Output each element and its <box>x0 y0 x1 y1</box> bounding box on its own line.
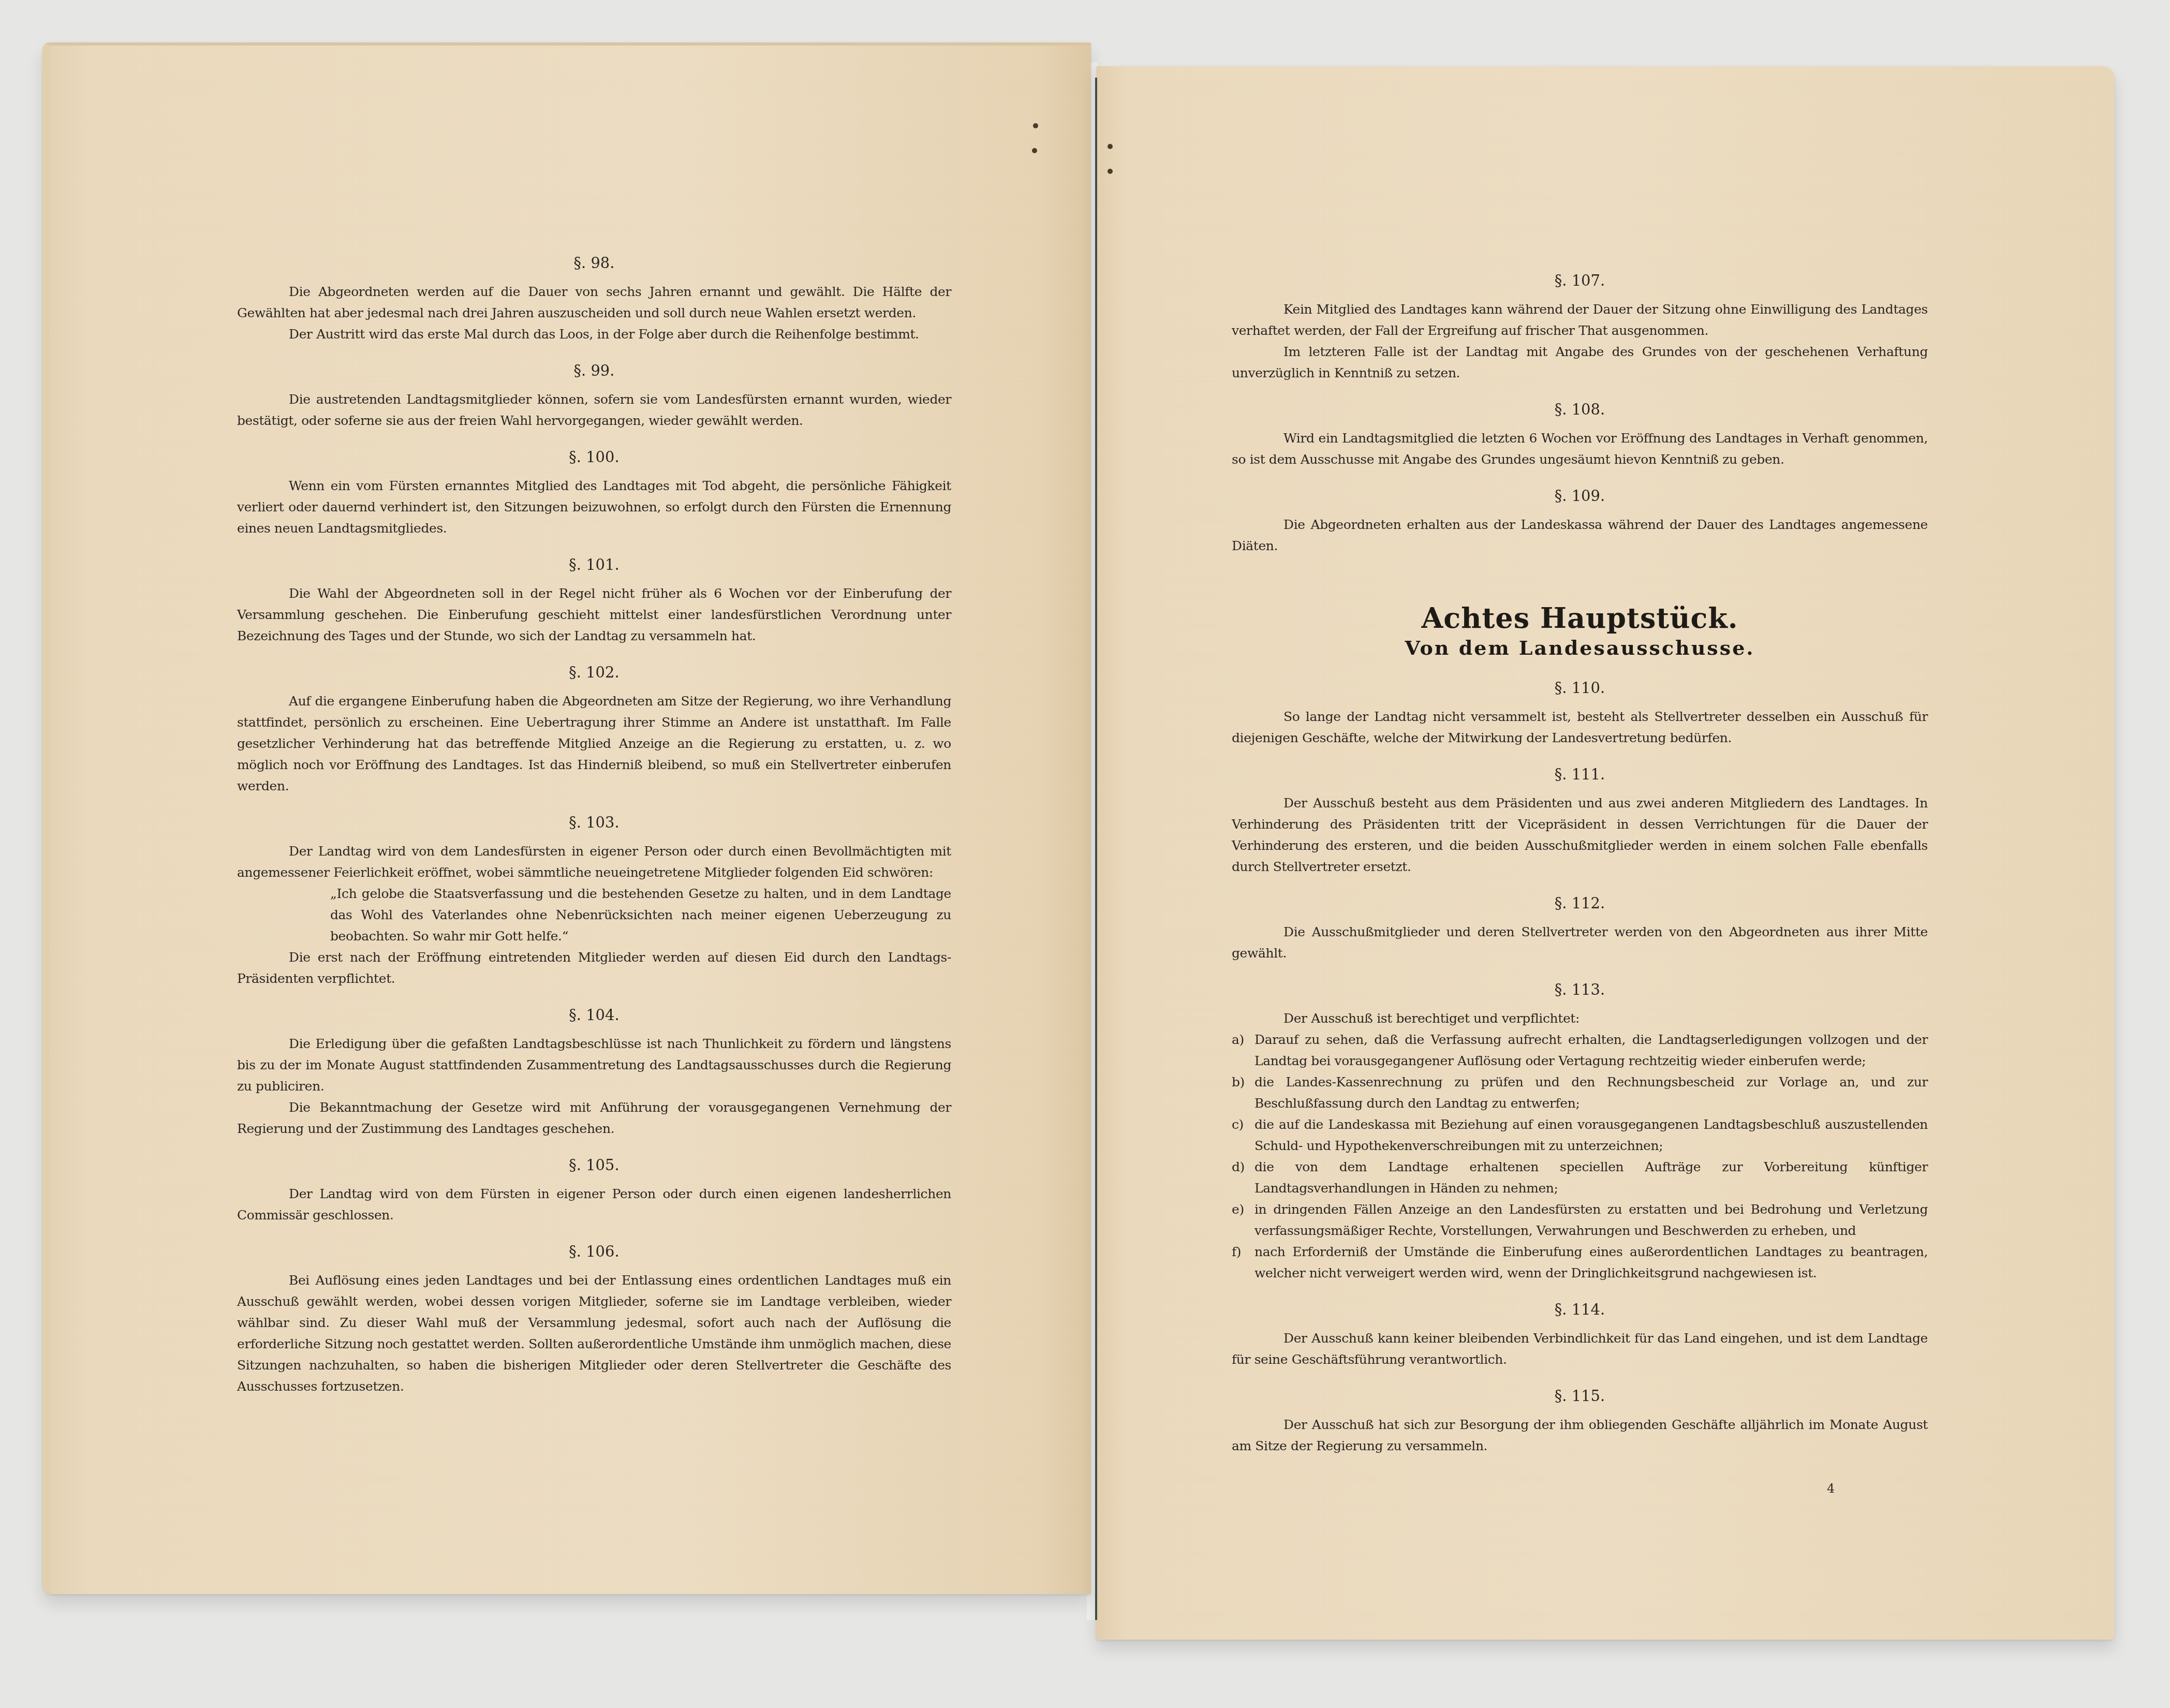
list-intro: Der Ausschuß ist berechtiget und verpfli… <box>1232 1008 1928 1029</box>
chapter-subtitle: Von dem Landesausschusse. <box>1232 634 1928 662</box>
section-body: Die Abgeordneten erhalten aus der Landes… <box>1232 514 1928 556</box>
paragraph: Der Ausschuß hat sich zur Besorgung der … <box>1232 1414 1928 1456</box>
list-text: in dringenden Fällen Anzeige an den Land… <box>1254 1199 1928 1241</box>
section-heading: §. 113. <box>1232 979 1928 1000</box>
section-heading: §. 114. <box>1232 1299 1928 1320</box>
section-body: Der Ausschuß besteht aus dem Präsidenten… <box>1232 792 1928 877</box>
section-heading: §. 105. <box>237 1155 951 1176</box>
list-item: e) in dringenden Fällen Anzeige an den L… <box>1232 1199 1928 1241</box>
section-body: Der Ausschuß ist berechtiget und verpfli… <box>1232 1008 1928 1284</box>
paragraph: Die austretenden Landtagsmitglieder könn… <box>237 389 951 431</box>
section-heading: §. 98. <box>237 253 951 274</box>
section-heading: §. 111. <box>1232 764 1928 785</box>
oath-text: „Ich gelobe die Staatsverfassung und die… <box>330 883 951 947</box>
paragraph: Der Ausschuß besteht aus dem Präsidenten… <box>1232 792 1928 877</box>
list-marker: e) <box>1232 1199 1254 1241</box>
list-item: f) nach Erforderniß der Umstände die Ein… <box>1232 1241 1928 1284</box>
section-heading: §. 107. <box>1232 270 1928 291</box>
binding-hole <box>1108 144 1113 149</box>
paragraph: Der Ausschuß kann keiner bleibenden Verb… <box>1232 1328 1928 1370</box>
section-body: Die Abgeordneten werden auf die Dauer vo… <box>237 281 951 345</box>
list-text: Darauf zu sehen, daß die Verfassung aufr… <box>1254 1029 1928 1071</box>
list-item: b) die Landes-Kassenrechnung zu prüfen u… <box>1232 1071 1928 1114</box>
page-number: 4 <box>1827 1481 1835 1496</box>
binding-hole <box>1033 123 1038 128</box>
section-body: Die Ausschußmitglieder und deren Stellve… <box>1232 921 1928 964</box>
section-body: Wenn ein vom Fürsten ernanntes Mitglied … <box>237 475 951 539</box>
section-body: Der Ausschuß hat sich zur Besorgung der … <box>1232 1414 1928 1456</box>
oath-quote: „Ich gelobe die Staatsverfassung und die… <box>237 883 951 947</box>
list-marker: c) <box>1232 1114 1254 1156</box>
paragraph: Wird ein Landtagsmitglied die letzten 6 … <box>1232 428 1928 470</box>
section-body: So lange der Landtag nicht versammelt is… <box>1232 706 1928 748</box>
paragraph: Im letzteren Falle ist der Landtag mit A… <box>1232 341 1928 384</box>
list-text: die auf die Landeskassa mit Beziehung au… <box>1254 1114 1928 1156</box>
list-item: c) die auf die Landeskassa mit Beziehung… <box>1232 1114 1928 1156</box>
section-heading: §. 109. <box>1232 485 1928 507</box>
binding-hole <box>1032 148 1037 153</box>
section-heading: §. 101. <box>237 554 951 576</box>
section-heading: §. 112. <box>1232 893 1928 914</box>
chapter-heading: Achtes Hauptstück. Von dem Landesausschu… <box>1232 602 1928 662</box>
section-body: Wird ein Landtagsmitglied die letzten 6 … <box>1232 428 1928 470</box>
paragraph: Bei Auflösung eines jeden Landtages und … <box>237 1270 951 1397</box>
list-marker: a) <box>1232 1029 1254 1071</box>
paragraph: Der Austritt wird das erste Mal durch da… <box>237 323 951 345</box>
section-body: Die austretenden Landtagsmitglieder könn… <box>237 389 951 431</box>
section-heading: §. 102. <box>237 662 951 683</box>
list-text: nach Erforderniß der Umstände die Einber… <box>1254 1241 1928 1284</box>
list-text: die von dem Landtage erhaltenen speciell… <box>1254 1156 1928 1199</box>
section-body: Auf die ergangene Einberufung haben die … <box>237 690 951 797</box>
paragraph: Kein Mitglied des Landtages kann während… <box>1232 299 1928 341</box>
section-heading: §. 106. <box>237 1241 951 1262</box>
paragraph: Die Ausschußmitglieder und deren Stellve… <box>1232 921 1928 964</box>
section-body: Die Wahl der Abgeordneten soll in der Re… <box>237 583 951 646</box>
list-marker: f) <box>1232 1241 1254 1284</box>
section-heading: §. 115. <box>1232 1386 1928 1407</box>
list-text: die Landes-Kassenrechnung zu prüfen und … <box>1254 1071 1928 1114</box>
list-item: a) Darauf zu sehen, daß die Verfassung a… <box>1232 1029 1928 1071</box>
paragraph: Auf die ergangene Einberufung haben die … <box>237 690 951 797</box>
section-body: Der Landtag wird von dem Fürsten in eige… <box>237 1183 951 1226</box>
section-heading: §. 99. <box>237 360 951 381</box>
paragraph: Wenn ein vom Fürsten ernanntes Mitglied … <box>237 475 951 539</box>
paragraph: Die Abgeordneten erhalten aus der Landes… <box>1232 514 1928 556</box>
section-body: Der Landtag wird von dem Landesfürsten i… <box>237 841 951 989</box>
section-body: Der Ausschuß kann keiner bleibenden Verb… <box>1232 1328 1928 1370</box>
section-body: Bei Auflösung eines jeden Landtages und … <box>237 1270 951 1397</box>
section-heading: §. 104. <box>237 1005 951 1026</box>
paragraph: Die Bekanntmachung der Gesetze wird mit … <box>237 1097 951 1139</box>
section-body: Die Erledigung über die gefaßten Landtag… <box>237 1033 951 1139</box>
left-page-text: §. 98. Die Abgeordneten werden auf die D… <box>237 253 951 1397</box>
paragraph: Der Landtag wird von dem Landesfürsten i… <box>237 841 951 883</box>
list-marker: b) <box>1232 1071 1254 1114</box>
paragraph: Die Erledigung über die gefaßten Landtag… <box>237 1033 951 1097</box>
spine-binding-edge <box>1095 78 1097 1620</box>
list-marker: d) <box>1232 1156 1254 1199</box>
paragraph: Die erst nach der Eröffnung eintretenden… <box>237 947 951 989</box>
binding-hole <box>1108 169 1113 174</box>
section-body: Kein Mitglied des Landtages kann während… <box>1232 299 1928 384</box>
paragraph: Die Abgeordneten werden auf die Dauer vo… <box>237 281 951 323</box>
section-heading: §. 108. <box>1232 399 1928 420</box>
section-heading: §. 103. <box>237 812 951 833</box>
paragraph: Die Wahl der Abgeordneten soll in der Re… <box>237 583 951 646</box>
paragraph: Der Landtag wird von dem Fürsten in eige… <box>237 1183 951 1226</box>
list-item: d) die von dem Landtage erhaltenen speci… <box>1232 1156 1928 1199</box>
right-page-text: §. 107. Kein Mitglied des Landtages kann… <box>1232 270 1928 1456</box>
chapter-title: Achtes Hauptstück. <box>1232 602 1928 634</box>
paragraph: So lange der Landtag nicht versammelt is… <box>1232 706 1928 748</box>
section-heading: §. 100. <box>237 447 951 468</box>
section-heading: §. 110. <box>1232 678 1928 699</box>
